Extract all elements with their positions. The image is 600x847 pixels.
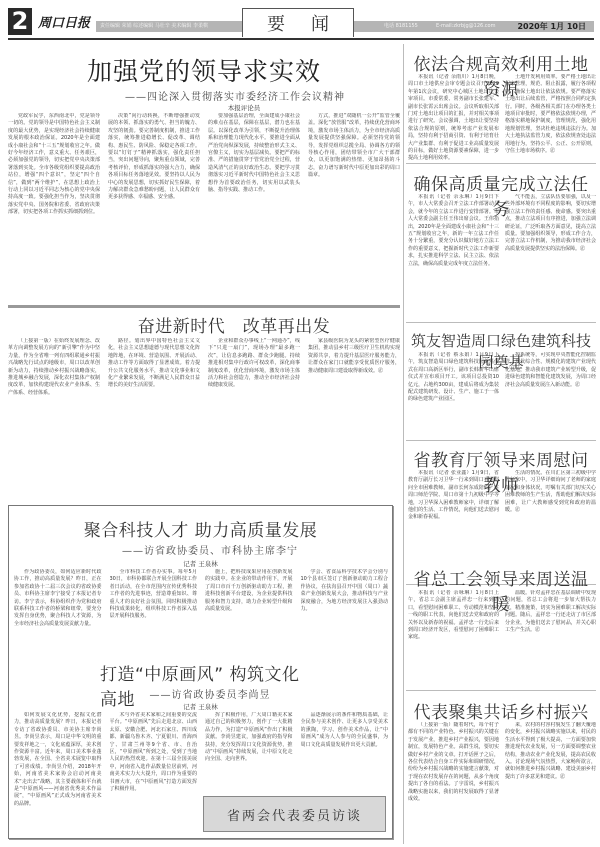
- reform-col-4: 家县级医院为龙头的紧密型医疗健康集团，推动县乡村三级医疗卫生机构实现资源共享，着…: [308, 338, 400, 498]
- tech-col-3: 施上，把科技成果应用在创新发展的实践中。在企业的带动作用下，开展了周口市百千万创…: [205, 569, 293, 651]
- land-col-2: 土地开发利用效率。要严格土地出让程序管理，规范、阻止报露，履行各项程序，确保土地…: [505, 74, 596, 160]
- legislation-col-2: 气不能丢，立法队伍要加强，以及一些外部环境有不同程度的影响，要切实增强立法工作的…: [505, 194, 596, 318]
- reform-col-1: （上接第一版）在始终发展理念、改革方向调整发展方向的“新引擎”作为中坚力量，作为…: [8, 338, 100, 498]
- email: E-mail:zkrbjg@126.com: [436, 21, 496, 32]
- culture-col-1: 如何发展文化优势，挖掘文化潜力，推动高质量发展？昨日，本报记者专访了省政协委员、…: [14, 712, 102, 837]
- land-divider: [406, 163, 596, 164]
- rural-col-1: （上接第一版）随着时代，每个村子都有不同的产业特色。乡村振兴的关键在于发展产业，…: [408, 722, 499, 844]
- union-article-body: 本报讯（记者 余咏琳）1月8日上午，省总工会副主席孟祥忠一行来到周口，看望慰问困…: [408, 590, 596, 688]
- reform-article-body: （上接第一版）在始终发展理念、改革方向调整发展方向的“新引擎”作为中坚力量，作为…: [8, 338, 400, 498]
- rural-article-body: （上接第一版）随着时代，每个村子都有不同的产业特色。乡村振兴的关键在于发展产业，…: [408, 722, 596, 844]
- legislation-divider: [406, 322, 596, 323]
- building-col-2: 护系统等，可实现中央智能化控制监管，现代综合性、规模化的建筑产业现代化基地，推动…: [505, 352, 596, 438]
- lead-byline: 本报评论员: [8, 103, 400, 112]
- tech-article-body: 作为政协委员，如何适应新时代政协工作，推动高质量发展？昨日，正在参加省政协十二届…: [14, 569, 388, 651]
- lead-col-4: 方式，推进“双随机一公开”监管全覆盖。深化“放管服”改革，持续优化营商环境，激发…: [308, 113, 400, 303]
- legislation-col-1: 本报讯（记者 余永琳）1月9日下午，市人大常委会召开立法工作部署动员会，就今年的…: [408, 194, 499, 318]
- lead-col-3: 要加强基层治理，全面建成小康社会的难点在基层，保障在基层，潜力也在基层。以深化改…: [208, 113, 300, 303]
- rural-col-2: 来，农村的村容村貌发生了翻天覆地的变化，乡村振兴战略实施以来，村民的生活水平得到…: [505, 722, 596, 844]
- masthead-divider: [8, 38, 594, 40]
- tech-col-2: 全市科技工作者办实事。每年5月30日，市科协都联合开展全国科技工作者日活动，在全…: [110, 569, 198, 651]
- land-col-1: 本报讯（记者 余雨川）1月8日晚，周口市土地供应会审专题会议召开2020年第1次…: [408, 74, 499, 160]
- reform-col-3: 企业和群众办事线上“一网通办”，线下“只进一扇门”，现场办理“最多跑一次”，让信…: [208, 338, 300, 498]
- lead-col-1: 党政军民学，东西南北中，党是领导一切的。党的领导是中国特色社会主义制度的最大优势…: [8, 113, 100, 303]
- tech-subheadline: ——访省政协委员、市科协主席李宁: [60, 542, 360, 557]
- lead-subheadline: ——四论深入贯彻落实市委经济工作会议精神: [70, 88, 400, 103]
- tech-byline: 记者 王泉林: [8, 559, 393, 568]
- building-article-body: 本报讯（记者 蔡永娟）1月9日上午，筑友智造周口绿色建筑科技园奠基仪式在周口高新…: [408, 352, 596, 438]
- land-article-body: 本报讯（记者 余雨川）1月8日晚，周口市土地供应会审专题会议召开2020年第1次…: [408, 74, 596, 160]
- tech-col-1: 作为政协委员，如何适应新时代政协工作，推动高质量发展？昨日，正在参加省政协十二届…: [14, 569, 102, 651]
- reform-headline: 奋进新时代 改革再出发: [8, 312, 400, 337]
- lead-col-2: 决策”向行动转换，不断增强推动发展的本领、抓落实的勇气、担当的魄力、攻坚的韧劲。…: [108, 113, 200, 303]
- lead-headline: 加强党的领导求实效: [8, 52, 400, 88]
- issue-date: 2020年 1月 10日: [517, 21, 586, 32]
- editors-bar: 责任编辑 荣娟 综述编辑 马壮辛 美术编辑 李柔棋: [96, 21, 242, 32]
- building-col-1: 本报讯（记者 蔡永娟）1月9日上午，筑友智造周口绿色建筑科技园奠基仪式在周口高新…: [408, 352, 499, 438]
- info-bar: 电话 8181155 E-mail:zkrbjg@126.com 2020年 1…: [354, 21, 594, 32]
- section-char-2: 闻: [311, 10, 329, 36]
- tech-headline: 聚合科技人才 助力高质量发展: [8, 516, 393, 541]
- reform-col-2: 路径。划出界中国特色社会主义文化，社会主义思想道德与现代思想文化阵地阵地，在环境…: [108, 338, 200, 498]
- union-divider: [406, 690, 596, 691]
- rural-headline: 代表聚集共话乡村振兴: [406, 698, 596, 723]
- section-char-1: 要: [267, 10, 285, 36]
- legislation-article-body: 本报讯（记者 余永琳）1月9日下午，市人大常委会召开立法工作部署动员会，就今年的…: [408, 194, 596, 318]
- lead-article-body: 党政军民学，东西南北中，党是领导一切的。党的领导是中国特色社会主义制度的最大优势…: [8, 113, 400, 303]
- section-title: 要 闻: [242, 8, 354, 37]
- culture-subheadline: ——访省政协委员李尚昱: [100, 686, 320, 701]
- newspaper-logo: 周口日报: [38, 12, 90, 31]
- union-col-2: 温暖。针对孟祥忠在基层调研中发现的问题，省总工会将进一步加大帮扶力度，精准施策，…: [505, 590, 596, 688]
- culture-col-2: 术与外省美术家和之间重要的交流平台。“中原画风”先后走进北京、山西太原、安徽合肥…: [110, 712, 198, 837]
- section-banner: 省两会代表委员访谈: [203, 796, 386, 832]
- culture-byline: 记者 王泉林: [8, 702, 393, 711]
- building-divider: [406, 440, 596, 441]
- page-number: 2: [8, 8, 32, 35]
- masthead: 2 周口日报 责任编辑 荣娟 综述编辑 马壮辛 美术编辑 李柔棋 要 闻 电话 …: [0, 0, 600, 40]
- lead-divider: [8, 305, 400, 308]
- column-divider: [403, 44, 404, 844]
- tech-col-4: 学会、省食品科学技术学会分别与10个县市区签订了创新驱动助力工程合作协议，在扶沟…: [301, 569, 389, 651]
- edition-line: 电话 8181155: [384, 21, 418, 32]
- union-col-1: 本报讯（记者 余咏琳）1月8日上午，省总工会副主席孟祥忠一行来到周口，看望慰问困…: [408, 590, 499, 688]
